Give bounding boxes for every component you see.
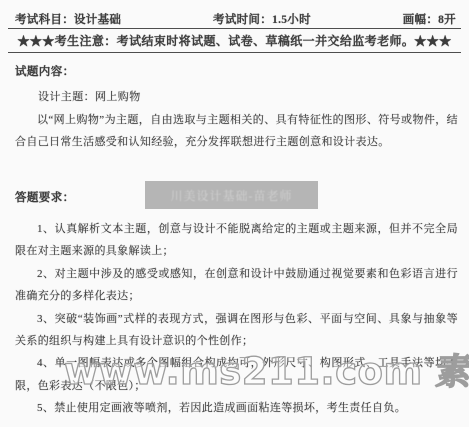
paper-size: 画幅：8开	[403, 11, 456, 27]
divider-bottom	[8, 52, 461, 53]
exam-duration: 考试时间：1.5小时	[213, 11, 311, 27]
design-theme: 设计主题：网上购物	[38, 88, 141, 104]
candidate-notice: ★★★考生注意：考试结束时将试题、试卷、草稿纸一并交给监考老师。★★★	[0, 32, 469, 49]
requirement-item-1: 1、认真解析文本主题，创意与设计不能脱离给定的主题或主题来源，但并不完全局限在对…	[15, 218, 458, 263]
requirement-item-4: 4、单一图幅表达或多个图幅组合构成均可，外形尺寸、构图形式、工具手法等均不限，色…	[15, 352, 458, 397]
exam-paper-scan: 考试科目：设计基础 考试时间：1.5小时 画幅：8开 ★★★考生注意：考试结束时…	[0, 0, 469, 427]
teacher-watermark-box: 川美设计基础-苗老师	[145, 181, 318, 209]
requirement-item-3: 3、突破“装饰画”式样的表现方式，强调在图形与色彩、平面与空间、具象与抽象等关系…	[15, 308, 458, 353]
exam-subject: 考试科目：设计基础	[15, 11, 121, 27]
requirement-item-5: 5、禁止使用定画液等喷剂，若因此造成画面粘连等损坏，考生责任自负。	[15, 397, 458, 419]
teacher-watermark-text: 川美设计基础-苗老师	[171, 187, 293, 204]
divider-top	[8, 28, 461, 29]
theme-intro-paragraph: 以“网上购物”为主题，自由选取与主题相关的、具有特征性的图形、符号或物件，结合自…	[15, 109, 458, 153]
requirement-item-2: 2、对主题中涉及的感受或感知，在创意和设计中鼓励通过视觉要素和色彩语言进行准确充…	[15, 263, 458, 308]
exam-header: 考试科目：设计基础 考试时间：1.5小时 画幅：8开	[15, 11, 456, 27]
requirements-list: 1、认真解析文本主题，创意与设计不能脱离给定的主题或主题来源，但并不完全局限在对…	[15, 218, 458, 420]
requirements-section-title: 答题要求：	[15, 189, 75, 205]
content-section-title: 试题内容：	[15, 63, 75, 79]
scan-content: 考试科目：设计基础 考试时间：1.5小时 画幅：8开 ★★★考生注意：考试结束时…	[0, 0, 469, 427]
